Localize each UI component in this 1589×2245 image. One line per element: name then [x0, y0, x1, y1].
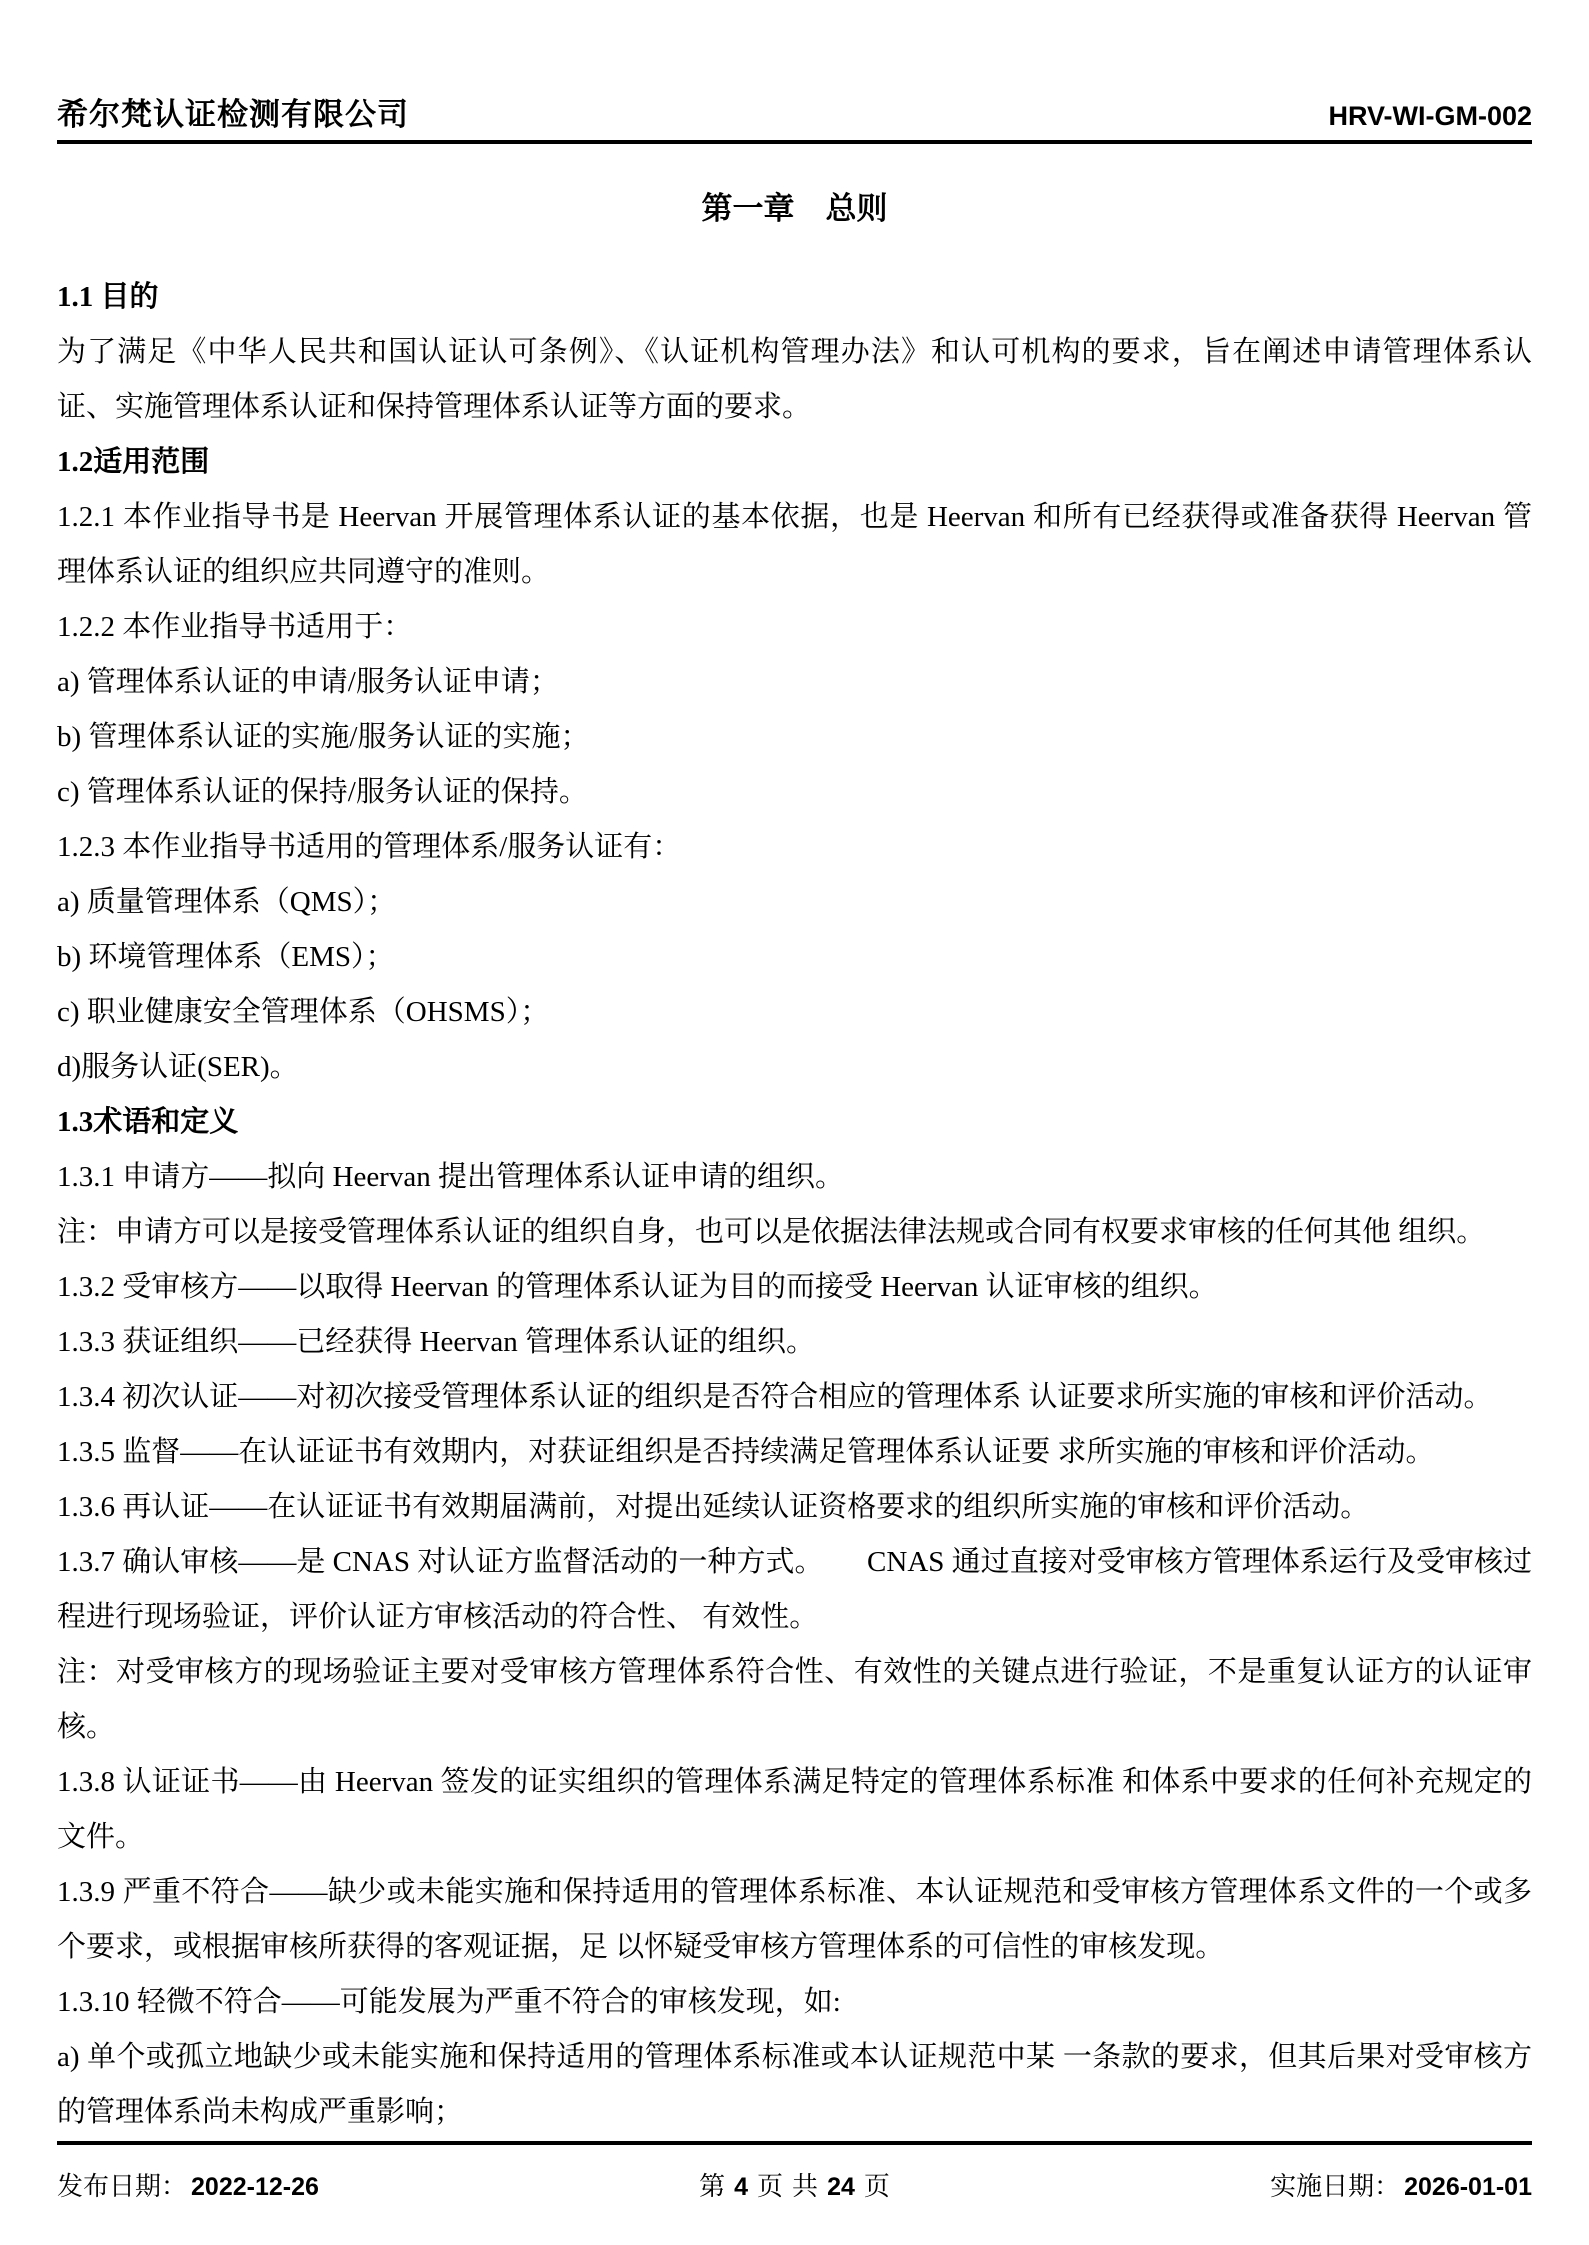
page-footer: 发布日期： 2022-12-26 第 4 页 共 24 页 实施日期： 2026…	[57, 2141, 1532, 2202]
document-code: HRV-WI-GM-002	[1328, 101, 1532, 132]
section-heading: 1.1 目的	[57, 270, 1532, 325]
issue-date-label: 发布日期：	[57, 2171, 187, 2202]
company-name: 希尔梵认证检测有限公司	[57, 98, 409, 132]
document-page: 希尔梵认证检测有限公司 HRV-WI-GM-002 第一章 总则 1.1 目的 …	[0, 0, 1589, 2245]
paragraph: 1.3.1 申请方——拟向 Heervan 提出管理体系认证申请的组织。	[57, 1150, 1532, 1205]
paragraph: 1.3.6 再认证——在认证证书有效期届满前，对提出延续认证资格要求的组织所实施…	[57, 1480, 1532, 1535]
section-heading: 1.2适用范围	[57, 435, 1532, 490]
issue-date-value: 2022-12-26	[191, 2172, 319, 2202]
page-indicator-text: 页	[864, 2171, 890, 2202]
page-indicator-text: 共	[792, 2171, 818, 2202]
paragraph: 1.2.3 本作业指导书适用的管理体系/服务认证有：	[57, 820, 1532, 875]
list-item: b) 环境管理体系（EMS）；	[57, 930, 1532, 985]
document-content: 第一章 总则 1.1 目的 为了满足《中华人民共和国认证认可条例》、《认证机构管…	[57, 188, 1532, 2140]
page-indicator: 第 4 页 共 24 页	[699, 2171, 890, 2202]
list-item: d)服务认证(SER)。	[57, 1040, 1532, 1095]
issue-date: 发布日期： 2022-12-26	[57, 2171, 319, 2202]
note-paragraph: 注：对受审核方的现场验证主要对受审核方管理体系符合性、有效性的关键点进行验证，不…	[57, 1645, 1532, 1755]
list-item: b) 管理体系认证的实施/服务认证的实施；	[57, 710, 1532, 765]
paragraph: 1.3.3 获证组织——已经获得 Heervan 管理体系认证的组织。	[57, 1315, 1532, 1370]
implementation-date-label: 实施日期：	[1270, 2171, 1400, 2202]
page-header: 希尔梵认证检测有限公司 HRV-WI-GM-002	[57, 0, 1532, 144]
paragraph: 1.3.4 初次认证——对初次接受管理体系认证的组织是否符合相应的管理体系 认证…	[57, 1370, 1532, 1425]
implementation-date: 实施日期： 2026-01-01	[1270, 2171, 1532, 2202]
paragraph: 1.2.2 本作业指导书适用于：	[57, 600, 1532, 655]
list-item: a) 单个或孤立地缺少或未能实施和保持适用的管理体系标准或本认证规范中某 一条款…	[57, 2030, 1532, 2140]
page-indicator-text: 页	[757, 2171, 783, 2202]
paragraph: 1.3.7 确认审核——是 CNAS 对认证方监督活动的一种方式。 CNAS 通…	[57, 1535, 1532, 1645]
paragraph: 1.3.8 认证证书——由 Heervan 签发的证实组织的管理体系满足特定的管…	[57, 1755, 1532, 1865]
paragraph: 1.2.1 本作业指导书是 Heervan 开展管理体系认证的基本依据，也是 H…	[57, 490, 1532, 600]
list-item: c) 管理体系认证的保持/服务认证的保持。	[57, 765, 1532, 820]
paragraph: 1.3.10 轻微不符合——可能发展为严重不符合的审核发现，如:	[57, 1975, 1532, 2030]
paragraph: 1.3.9 严重不符合——缺少或未能实施和保持适用的管理体系标准、本认证规范和受…	[57, 1865, 1532, 1975]
section-heading: 1.3术语和定义	[57, 1095, 1532, 1150]
chapter-title: 第一章 总则	[57, 188, 1532, 230]
list-item: a) 管理体系认证的申请/服务认证申请；	[57, 655, 1532, 710]
paragraph: 为了满足《中华人民共和国认证认可条例》、《认证机构管理办法》和认可机构的要求，旨…	[57, 325, 1532, 435]
paragraph: 1.3.5 监督——在认证证书有效期内，对获证组织是否持续满足管理体系认证要 求…	[57, 1425, 1532, 1480]
list-item: a) 质量管理体系（QMS）；	[57, 875, 1532, 930]
paragraph: 1.3.2 受审核方——以取得 Heervan 的管理体系认证为目的而接受 He…	[57, 1260, 1532, 1315]
page-number-total: 24	[827, 2172, 855, 2202]
page-indicator-text: 第	[699, 2171, 725, 2202]
note-paragraph: 注：申请方可以是接受管理体系认证的组织自身，也可以是依据法律法规或合同有权要求审…	[57, 1205, 1532, 1260]
implementation-date-value: 2026-01-01	[1404, 2172, 1532, 2202]
list-item: c) 职业健康安全管理体系（OHSMS）；	[57, 985, 1532, 1040]
page-number-current: 4	[734, 2172, 748, 2202]
